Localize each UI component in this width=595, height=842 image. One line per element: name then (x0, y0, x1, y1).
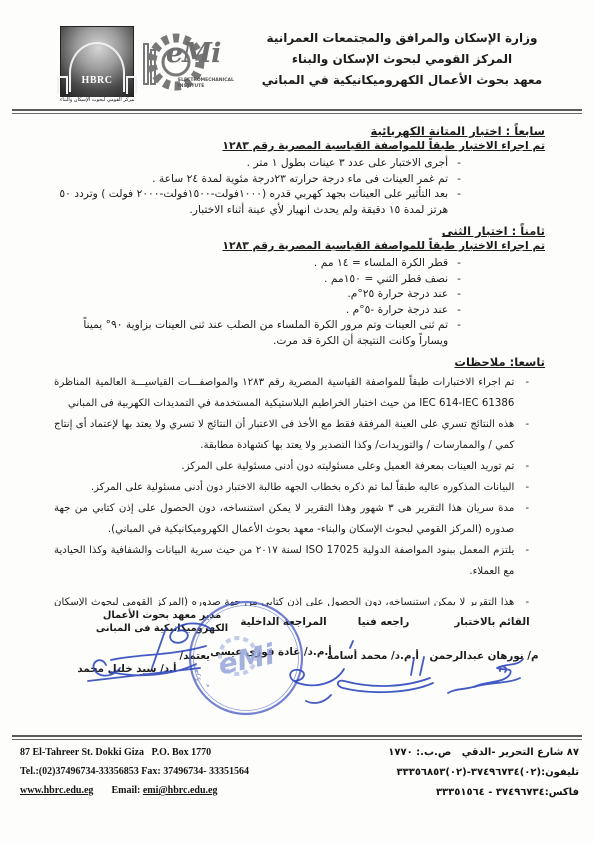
list-item: نصف قطر الثني = ١٥٠مم . (54, 271, 461, 287)
section-subtitle: تم اجراء الاختبار طبقاً للمواصفة القياسي… (54, 239, 545, 252)
note-item: هذا التقرير لا يمكن استنساخه، دون الحصول… (54, 592, 529, 606)
mosque-arch-icon: HBRC (69, 42, 125, 92)
list-item: قطر الكرة الملساء = ١٤ مم . (54, 255, 461, 271)
document-page: HBRC المركز القومي لبحوث الإسكان والبناء… (0, 0, 595, 842)
section-notes: تاسعا: ملاحظات تم اجراء الاختبارات طبقاً… (54, 355, 545, 606)
emi-acronym: eMi (166, 38, 220, 69)
footer-divider (12, 735, 582, 740)
footer-phones-en: Tel.:(02)37496734-33356853 Fax: 37496734… (20, 762, 249, 781)
ministry-title: وزارة الإسكان والمرافق والمجتمعات العمرا… (257, 28, 547, 49)
hbrc-acronym: HBRC (82, 75, 113, 86)
note-item: تم اجراء الاختبارات طبقاً للمواصفة القيا… (54, 372, 529, 414)
signature-block: القائم بالاختبار راجعه فنيا المراجعة الد… (0, 606, 595, 736)
email-label: Email: (111, 785, 140, 796)
list-item: عند درجة حرارة -٥°م . (54, 302, 461, 318)
section-bending-test: ثامناً : اختبار الثنى تم اجراء الاختبار … (54, 224, 545, 348)
signer-role-technical-reviewer: راجعه فنيا (336, 616, 431, 628)
footer-phones-ar: تليفون:(٠٢)٣٧٤٩٦٧٣٤-(٠٢)٣٣٣٥٦٨٥٣ (388, 763, 579, 783)
header-divider (12, 109, 582, 114)
center-title: المركز القومي لبحوث الإسكان والبناء (257, 49, 547, 70)
hbrc-logo-caption: المركز القومي لبحوث الإسكان والبناء (60, 97, 134, 104)
section-electrical-strength: سابعاً : اختبار المتانة الكهربائية تم اج… (54, 124, 545, 217)
email-link[interactable]: emi@hbrc.edu.eg (143, 785, 218, 796)
section-title: سابعاً : اختبار المتانة الكهربائية (54, 124, 545, 138)
emi-logo: eMi ELECTROMECHANICAL INSTITUTE (142, 30, 230, 102)
note-item: هذه النتائج تسري على العينة المرفقة فقط … (54, 414, 529, 456)
emi-logo-caption: ELECTROMECHANICAL INSTITUTE (178, 78, 230, 89)
section-items: أجرى الاختبار على عدد ٣ عينات بطول ١ متر… (54, 155, 545, 217)
section-items: قطر الكرة الملساء = ١٤ مم . نصف قطر الثن… (54, 255, 545, 348)
footer-address-ar: ٨٧ شارع التحرير -الدقي ص.ب.: ١٧٧٠ (388, 743, 579, 763)
section-title: تاسعا: ملاحظات (54, 355, 545, 369)
signer-name-director: أ.د/ سيد خليل محمد (60, 663, 194, 675)
footer-english: 87 El-Tahreer St. Dokki Giza P.O. Box 17… (20, 743, 249, 800)
note-item: تم توريد العينات بمعرفة العميل وعلى مسئو… (54, 456, 529, 477)
signer-name-internal-review: أ.م.د/ غادة فوزى عيسى (200, 646, 342, 658)
report-body: سابعاً : اختبار المتانة الكهربائية تم اج… (0, 117, 595, 606)
approval-word: يعتمد/ (150, 650, 210, 662)
letterhead-logos: HBRC المركز القومي لبحوث الإسكان والبناء… (60, 26, 230, 104)
signature-tester (448, 659, 523, 693)
letterhead: HBRC المركز القومي لبحوث الإسكان والبناء… (0, 26, 595, 104)
section-subtitle: تم اجراء الاختبار طبقاً للمواصفة القياسي… (54, 139, 545, 152)
stamp-center-text: eMi (215, 637, 277, 681)
list-item: بعد التأثير على العينات بجهد كهربي قدره … (54, 186, 461, 217)
hbrc-logo: HBRC المركز القومي لبحوث الإسكان والبناء (60, 26, 134, 104)
letterhead-titles: وزارة الإسكان والمرافق والمجتمعات العمرا… (257, 28, 547, 104)
note-item: يلتزم المعمل ببنود المواصفة الدولية ISO … (54, 540, 529, 582)
list-item: تم ثنى العينات وتم مرور الكرة الملساء من… (54, 317, 461, 348)
footer-fax-ar: فاكس:٣٧٤٩٦٧٣٤ - ٣٣٣٥١٥٦٤ (388, 783, 579, 803)
signature-technical-reviewer (338, 657, 433, 692)
list-item: عند درجة حرارة ٢٥°م. (54, 286, 461, 302)
signer-role-internal-review: المراجعة الداخلية (226, 616, 341, 628)
footer-arabic: ٨٧ شارع التحرير -الدقي ص.ب.: ١٧٧٠ تليفون… (388, 743, 579, 803)
footer-web-line: www.hbrc.edu.egEmail: emi@hbrc.edu.eg (20, 781, 249, 800)
website-link[interactable]: www.hbrc.edu.eg (20, 785, 93, 796)
institute-title: معهد بحوث الأعمال الكهروميكانيكية في الم… (257, 70, 547, 91)
footer: 87 El-Tahreer St. Dokki Giza P.O. Box 17… (20, 743, 579, 803)
note-item: مدة سريان هذا التقرير هى ٣ شهور وهذا الت… (54, 498, 529, 540)
list-item: أجرى الاختبار على عدد ٣ عينات بطول ١ متر… (54, 155, 461, 171)
signer-role-institute-director: مدير معهد بحوث الأعمال الكهروميكانيكية ف… (92, 609, 232, 635)
note-item: البيانات المذكوره عاليه طبقاً لما تم ذكر… (54, 477, 529, 498)
list-item: تم غمر العينات فى ماء درجة حرارته ٢٣درجة… (54, 171, 461, 187)
notes-list: تم اجراء الاختبارات طبقاً للمواصفة القيا… (54, 372, 545, 606)
signer-role-tester: القائم بالاختبار (437, 616, 547, 628)
section-title: ثامناً : اختبار الثنى (54, 224, 545, 238)
footer-address-en: 87 El-Tahreer St. Dokki Giza P.O. Box 17… (20, 743, 249, 762)
